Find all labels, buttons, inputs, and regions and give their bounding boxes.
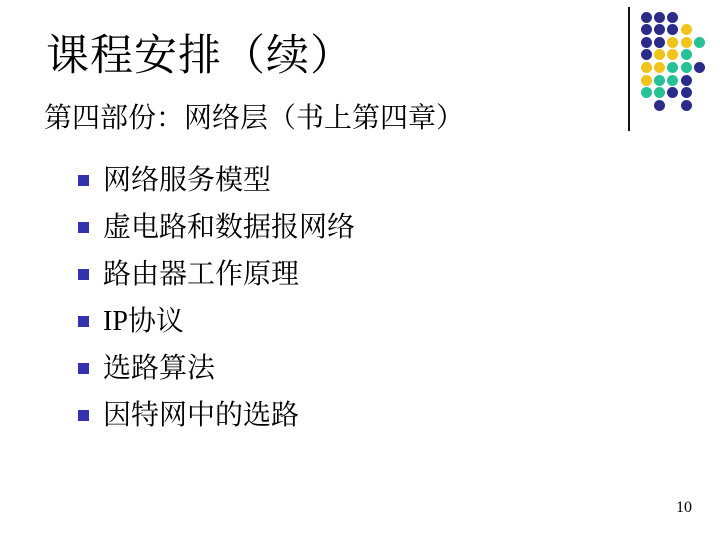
- bullet-text: 路由器工作原理: [103, 258, 299, 292]
- bullet-square-icon: [78, 316, 89, 327]
- bullet-text: 虚电路和数据报网络: [103, 211, 355, 245]
- page-number: 10: [676, 499, 692, 517]
- slide-subtitle: 第四部份：网络层（书上第四章）: [44, 101, 464, 136]
- bullet-list: 网络服务模型虚电路和数据报网络路由器工作原理IP协议选路算法因特网中的选路: [78, 157, 355, 439]
- bullet-item: 因特网中的选路: [78, 392, 355, 439]
- decor-dot: [667, 12, 678, 23]
- bullet-text: 网络服务模型: [103, 164, 271, 198]
- bullet-item: 选路算法: [78, 345, 355, 392]
- decor-dot: [641, 75, 652, 86]
- decor-dot: [681, 37, 692, 48]
- bullet-text: 因特网中的选路: [103, 399, 299, 433]
- decor-dot: [641, 37, 652, 48]
- decor-dot: [681, 49, 692, 60]
- bullet-square-icon: [78, 222, 89, 233]
- decor-dot: [667, 87, 678, 98]
- bullet-square-icon: [78, 410, 89, 421]
- decor-dot: [681, 87, 692, 98]
- decor-dot: [654, 12, 665, 23]
- decor-dot: [654, 62, 665, 73]
- bullet-square-icon: [78, 175, 89, 186]
- decor-dot: [641, 12, 652, 23]
- decor-dot: [667, 62, 678, 73]
- bullet-item: IP协议: [78, 298, 355, 345]
- decor-dot: [667, 37, 678, 48]
- decor-dot: [654, 75, 665, 86]
- ornament-vertical-rule: [628, 7, 630, 131]
- bullet-square-icon: [78, 363, 89, 374]
- decor-dot: [681, 62, 692, 73]
- decor-dot: [694, 62, 705, 73]
- bullet-item: 网络服务模型: [78, 157, 355, 204]
- decor-dot: [641, 87, 652, 98]
- bullet-square-icon: [78, 269, 89, 280]
- decor-dot: [694, 37, 705, 48]
- decor-dot: [641, 49, 652, 60]
- bullet-item: 虚电路和数据报网络: [78, 204, 355, 251]
- bullet-item: 路由器工作原理: [78, 251, 355, 298]
- decor-dot: [681, 100, 692, 111]
- decor-dot: [654, 87, 665, 98]
- decor-dot: [641, 24, 652, 35]
- decor-dot: [667, 75, 678, 86]
- decor-dot: [641, 62, 652, 73]
- decor-dot: [654, 37, 665, 48]
- decor-dot: [654, 24, 665, 35]
- slide-title: 课程安排（续）: [46, 30, 354, 84]
- presentation-slide: 课程安排（续） 第四部份：网络层（书上第四章） 网络服务模型虚电路和数据报网络路…: [0, 0, 720, 540]
- decor-dot: [654, 49, 665, 60]
- decor-dot: [667, 49, 678, 60]
- decor-dot: [654, 100, 665, 111]
- bullet-text: IP协议: [103, 305, 184, 339]
- decor-dot: [667, 24, 678, 35]
- bullet-text: 选路算法: [103, 352, 215, 386]
- decor-dot: [681, 24, 692, 35]
- decor-dot: [681, 75, 692, 86]
